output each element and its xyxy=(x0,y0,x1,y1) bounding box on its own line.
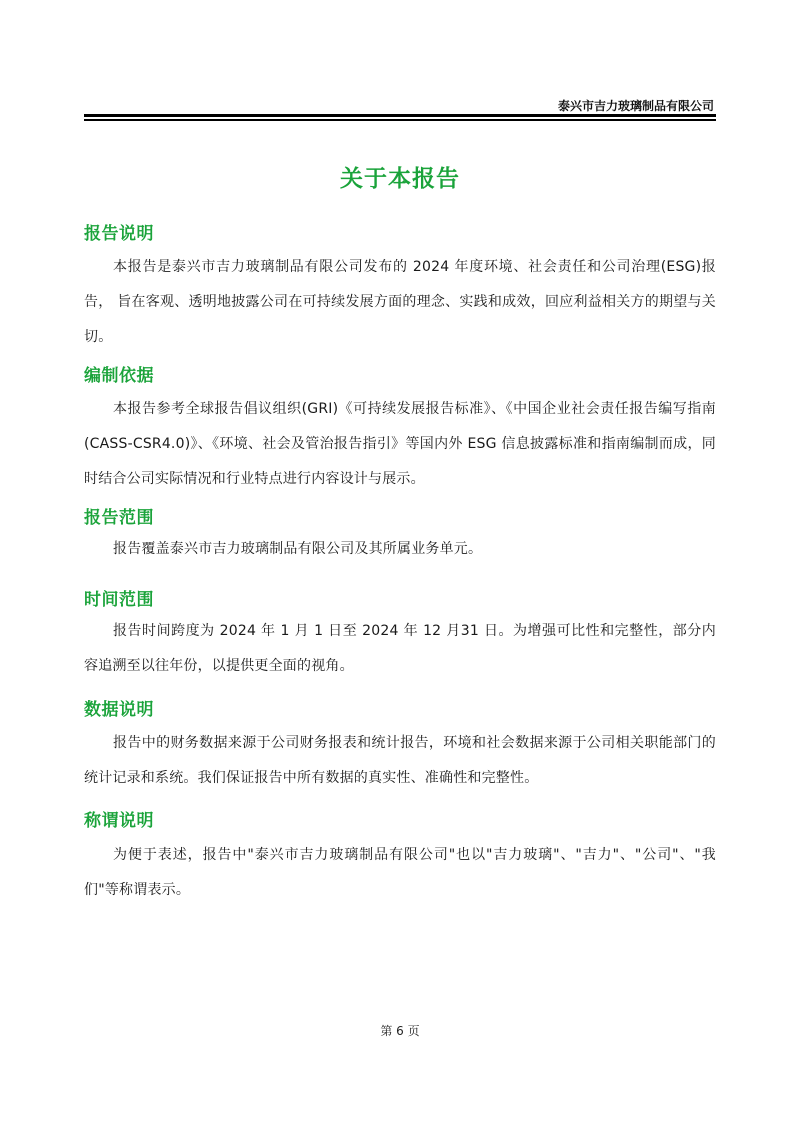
header-company-name: 泰兴市吉力玻璃制品有限公司 xyxy=(558,97,714,114)
section-body-report-scope: 报告覆盖泰兴市吉力玻璃制品有限公司及其所属业务单元。 xyxy=(84,532,716,567)
header-double-rule xyxy=(84,114,716,121)
section-body-report-description: 本报告是泰兴市吉力玻璃制品有限公司发布的 2024 年度环境、社会责任和公司治理… xyxy=(84,250,716,355)
section-heading-report-description: 报告说明 xyxy=(84,219,154,244)
report-page: 泰兴市吉力玻璃制品有限公司 关于本报告 报告说明 本报告是泰兴市吉力玻璃制品有限… xyxy=(0,0,800,1131)
section-body-compilation-basis: 本报告参考全球报告倡议组织(GRI)《可持续发展报告标准》、《中国企业社会责任报… xyxy=(84,392,716,497)
section-heading-compilation-basis: 编制依据 xyxy=(84,361,154,386)
section-heading-report-scope: 报告范围 xyxy=(84,503,154,528)
header-rule-thin xyxy=(84,119,716,121)
section-heading-time-range: 时间范围 xyxy=(84,585,154,610)
page-title: 关于本报告 xyxy=(0,160,800,193)
section-body-time-range: 报告时间跨度为 2024 年 1 月 1 日至 2024 年 12 月31 日。… xyxy=(84,614,716,684)
page-number: 第 6 页 xyxy=(0,1022,800,1039)
section-body-naming-convention: 为便于表述，报告中"泰兴市吉力玻璃制品有限公司"也以"吉力玻璃"、"吉力"、"公… xyxy=(84,838,716,908)
section-heading-data-description: 数据说明 xyxy=(84,695,154,720)
section-heading-naming-convention: 称谓说明 xyxy=(84,806,154,831)
section-body-data-description: 报告中的财务数据来源于公司财务报表和统计报告，环境和社会数据来源于公司相关职能部… xyxy=(84,726,716,796)
